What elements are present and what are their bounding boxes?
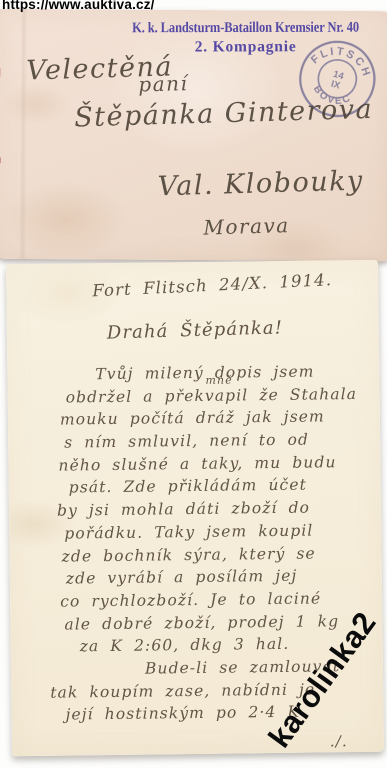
letter-line: něho slušné a taky, mu budu xyxy=(58,450,380,477)
address-line-title: paní xyxy=(138,71,189,96)
letter-line: její hostinským po 2·4 K xyxy=(65,700,383,727)
photo-edge-artifact xyxy=(0,157,1,164)
envelope: K. k. Landsturm-Bataillon Kremsier Nr. 4… xyxy=(0,9,387,261)
address-line-town: Val. Klobouky xyxy=(157,165,364,202)
page-mark: ./. xyxy=(330,732,348,750)
auction-photo: https://www.auktiva.cz/ K. k. Landsturm-… xyxy=(0,0,387,768)
auction-site-watermark: https://www.auktiva.cz/ xyxy=(2,0,155,12)
letter-dateline: Fort Flitsch 24/X. 1914. xyxy=(92,270,333,300)
unit-stamp-line1: K. k. Landsturm-Bataillon Kremsier Nr. 4… xyxy=(113,19,379,37)
address-line-region: Morava xyxy=(203,213,290,239)
letter-line: obdržel a překvapil že Stahala xyxy=(66,382,380,409)
letter-salutation: Drahá Štěpánka! xyxy=(107,317,284,343)
postmark-date-month: IX xyxy=(330,79,342,92)
address-line-name: Štěpánka Ginterova xyxy=(74,94,374,134)
